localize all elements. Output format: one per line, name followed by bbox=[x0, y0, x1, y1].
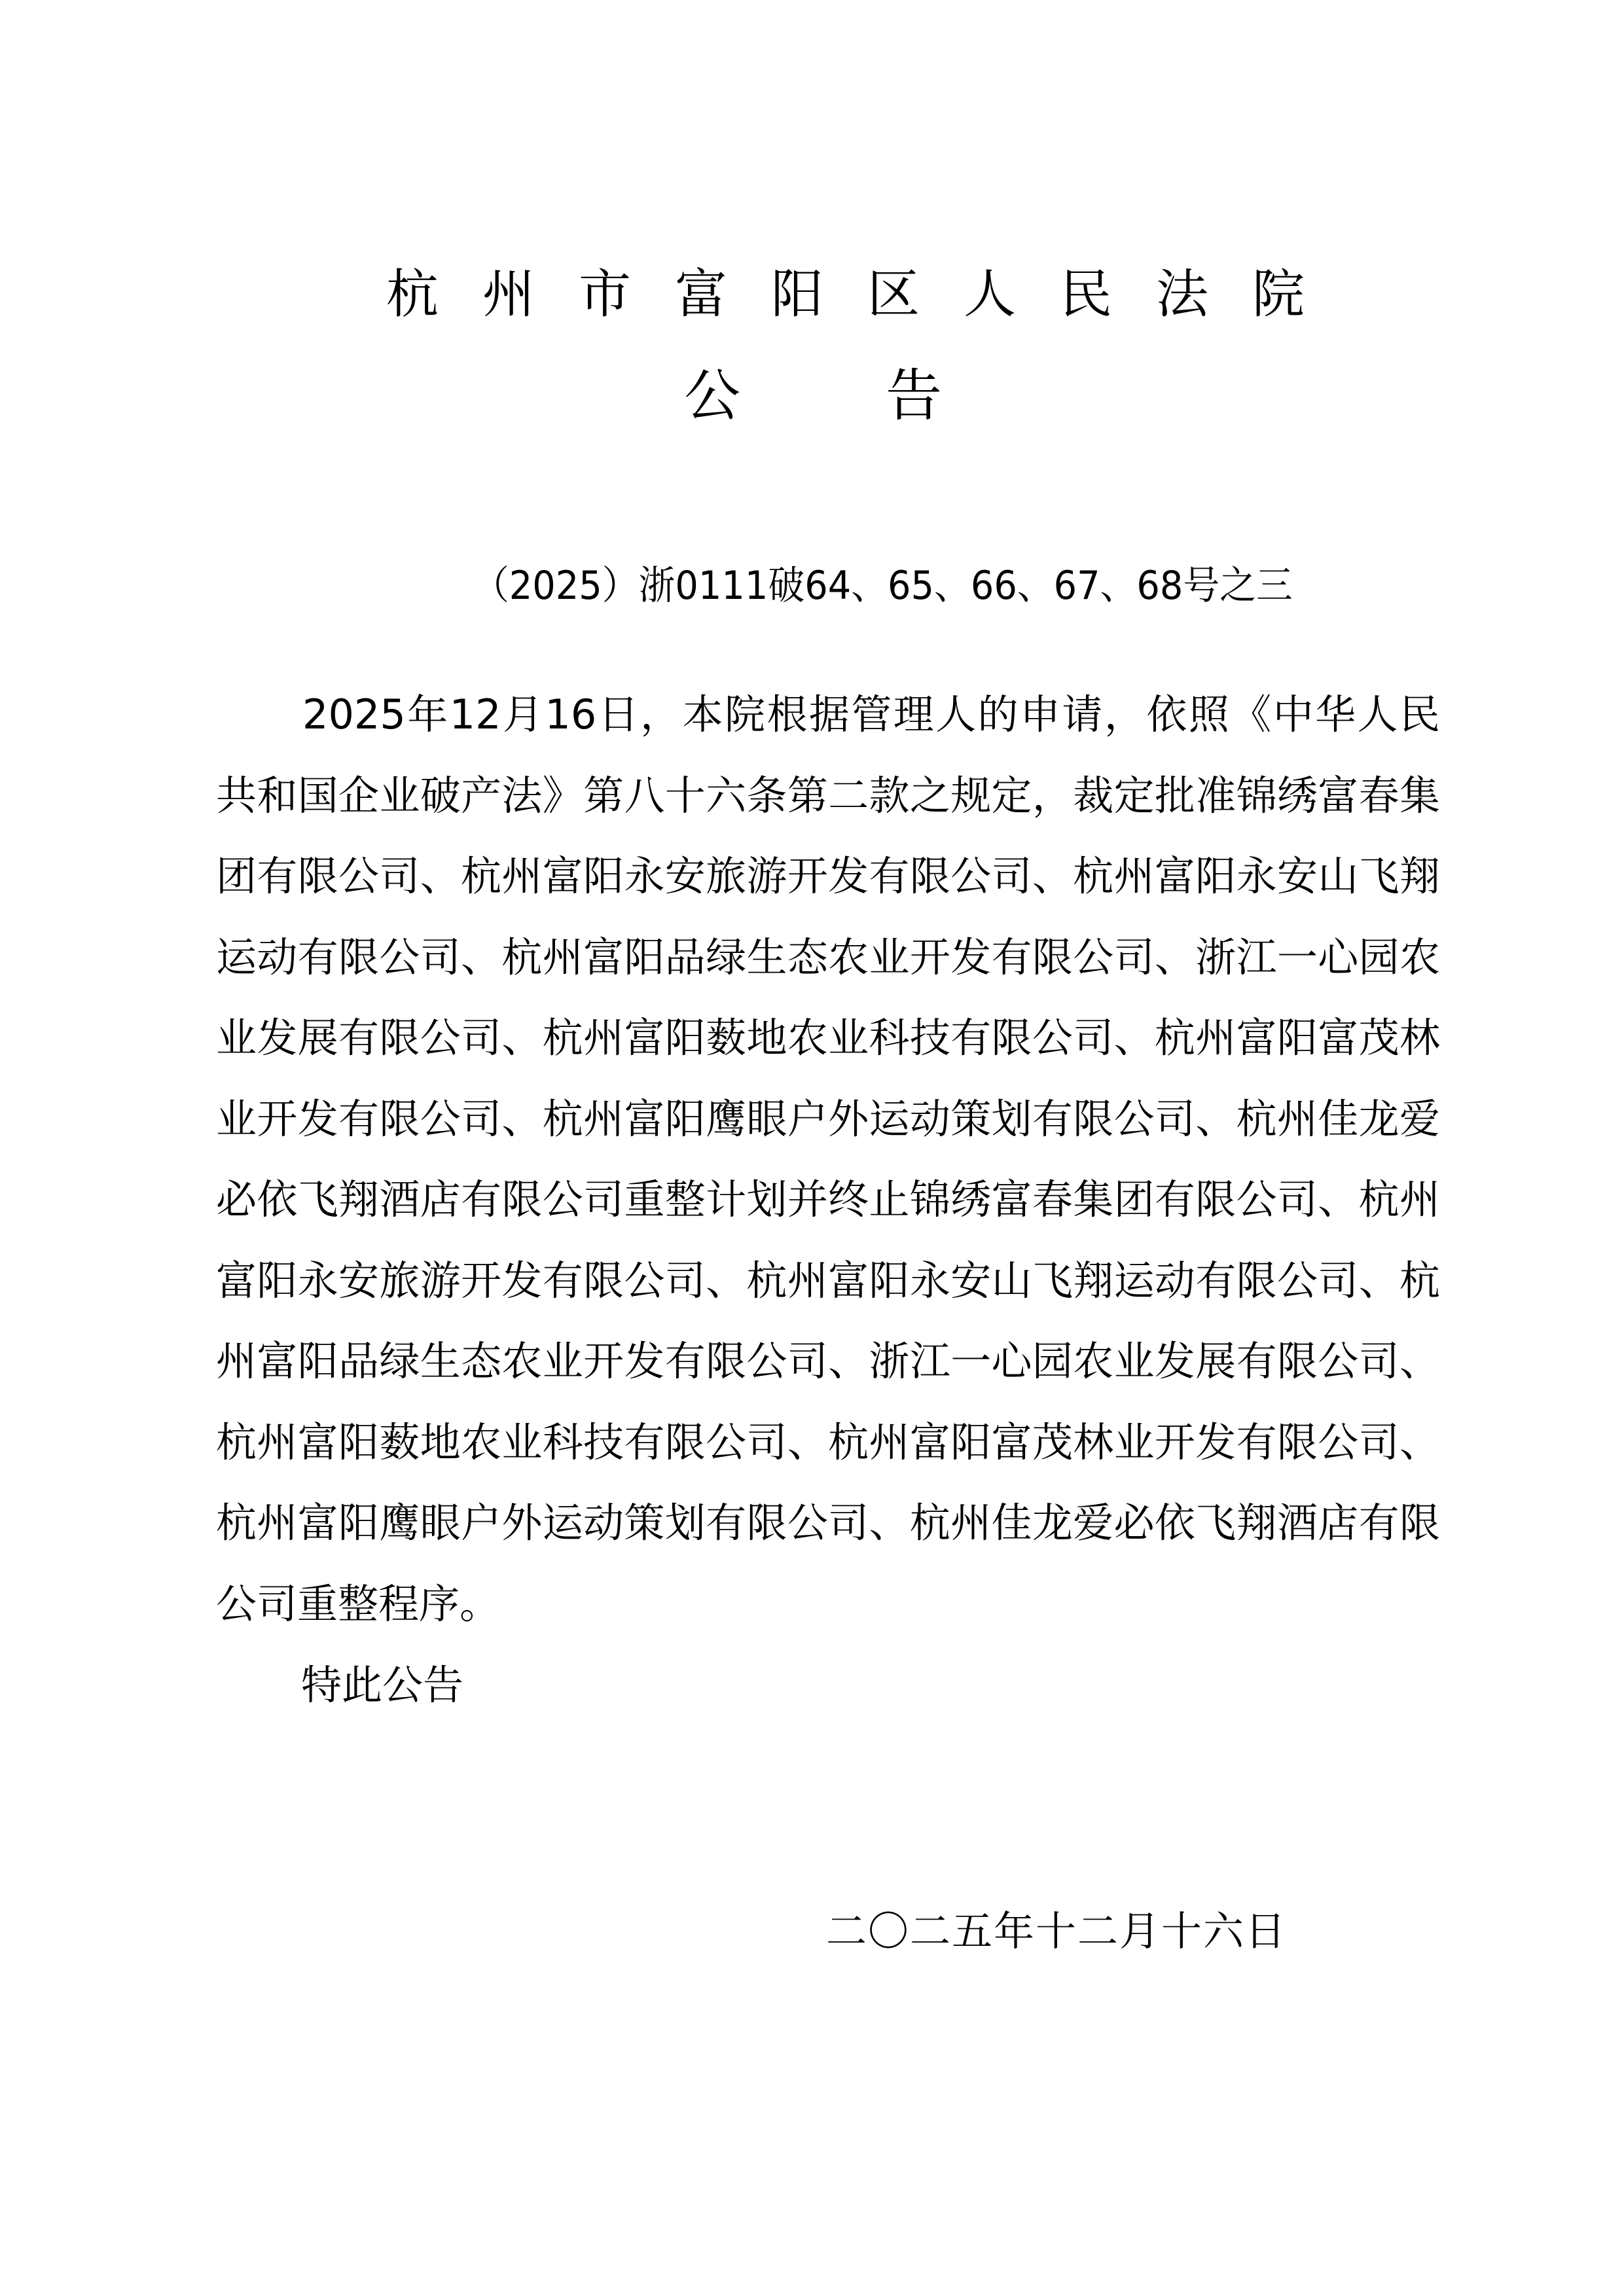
issue-date: 二〇二五年十二月十六日 bbox=[826, 1902, 1287, 1961]
court-name-heading: 杭州市富阳区人民法院 bbox=[386, 259, 1276, 331]
document-type-char-2: 告 bbox=[886, 357, 942, 435]
document-type-char-1: 公 bbox=[684, 357, 740, 435]
document-type-heading: 公告 bbox=[684, 357, 1011, 435]
case-number: （2025）浙0111破64、65、66、67、68号之三 bbox=[473, 556, 1293, 615]
announcement-body: 2025年12月16日，本院根据管理人的申请，依照《中华人民共和国企业破产法》第… bbox=[216, 674, 1440, 1644]
document-page: 杭州市富阳区人民法院 公告 （2025）浙0111破64、65、66、67、68… bbox=[0, 0, 1624, 2296]
closing-phrase: 特此公告 bbox=[301, 1656, 463, 1715]
